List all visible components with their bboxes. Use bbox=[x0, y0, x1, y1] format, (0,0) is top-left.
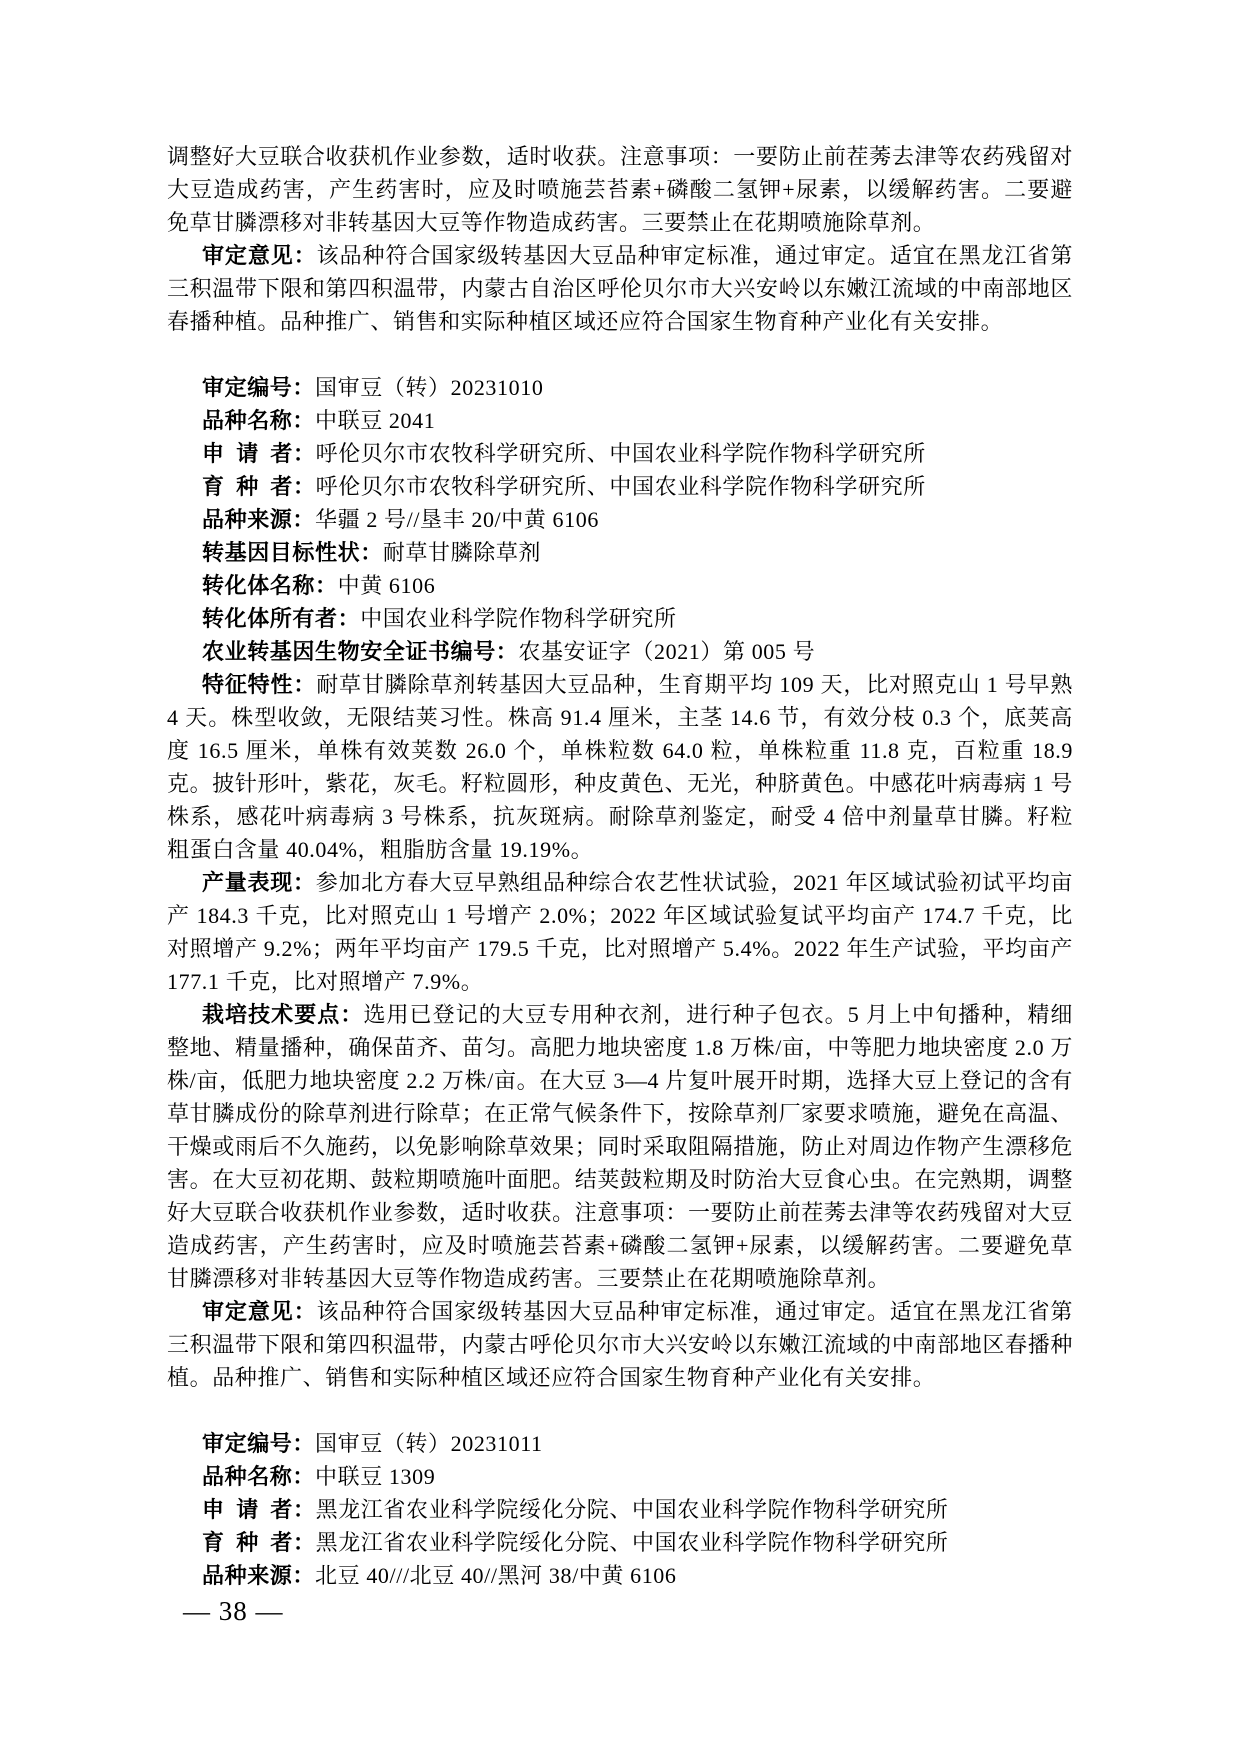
field-row: 品种名称：中联豆 1309 bbox=[167, 1460, 1073, 1493]
field-value: 黑龙江省农业科学院绥化分院、中国农业科学院作物科学研究所 bbox=[316, 1497, 949, 1522]
field-label: 转基因目标性状： bbox=[202, 540, 383, 565]
field-row: 育 种 者：呼伦贝尔市农牧科学研究所、中国农业科学院作物科学研究所 bbox=[167, 470, 1073, 503]
field-label: 育 种 者： bbox=[202, 474, 316, 499]
field-row: 申 请 者：呼伦贝尔市农牧科学研究所、中国农业科学院作物科学研究所 bbox=[167, 437, 1073, 470]
field-row: 审定编号：国审豆（转）20231011 bbox=[167, 1427, 1073, 1460]
field-label: 转化体所有者： bbox=[202, 606, 360, 631]
field-row: 转基因目标性状：耐草甘膦除草剂 bbox=[167, 536, 1073, 569]
field-label: 申 请 者： bbox=[202, 1497, 316, 1522]
approval-opinion-paragraph: 审定意见：该品种符合国家级转基因大豆品种审定标准，通过审定。适宜在黑龙江省第三积… bbox=[167, 1295, 1073, 1394]
cultivation-paragraph: 栽培技术要点：选用已登记的大豆专用种衣剂，进行种子包衣。5 月上中旬播种，精细整… bbox=[167, 998, 1073, 1295]
field-label: 育 种 者： bbox=[202, 1530, 316, 1555]
field-value: 呼伦贝尔市农牧科学研究所、中国农业科学院作物科学研究所 bbox=[316, 441, 926, 466]
field-row: 申 请 者：黑龙江省农业科学院绥化分院、中国农业科学院作物科学研究所 bbox=[167, 1493, 1073, 1526]
paragraph-label: 审定意见： bbox=[202, 1299, 317, 1324]
field-value: 耐草甘膦除草剂 bbox=[383, 540, 541, 565]
field-row: 农业转基因生物安全证书编号：农基安证字（2021）第 005 号 bbox=[167, 635, 1073, 668]
field-value: 中联豆 2041 bbox=[315, 408, 435, 433]
paragraph-label: 特征特性： bbox=[202, 672, 316, 697]
page-number: — 38 — bbox=[183, 1596, 284, 1627]
field-label: 转化体名称： bbox=[202, 573, 338, 598]
field-label: 审定编号： bbox=[202, 1431, 315, 1456]
paragraph-text: 选用已登记的大豆专用种衣剂，进行种子包衣。5 月上中旬播种，精细整地、精量播种，… bbox=[167, 1002, 1073, 1291]
field-label: 品种名称： bbox=[202, 408, 315, 433]
paragraph-label: 栽培技术要点： bbox=[202, 1002, 363, 1027]
field-row: 品种名称：中联豆 2041 bbox=[167, 404, 1073, 437]
field-value: 中黄 6106 bbox=[338, 573, 436, 598]
yield-paragraph: 产量表现：参加北方春大豆早熟组品种综合农艺性状试验，2021 年区域试验初试平均… bbox=[167, 866, 1073, 998]
field-label: 品种来源： bbox=[202, 507, 315, 532]
field-value: 农基安证字（2021）第 005 号 bbox=[518, 639, 815, 664]
document-body: 调整好大豆联合收获机作业参数，适时收获。注意事项：一要防止前茬莠去津等农药残留对… bbox=[167, 140, 1073, 1592]
characteristics-paragraph: 特征特性：耐草甘膦除草剂转基因大豆品种，生育期平均 109 天，比对照克山 1 … bbox=[167, 668, 1073, 866]
field-value: 华疆 2 号//垦丰 20/中黄 6106 bbox=[315, 507, 599, 532]
field-label: 品种名称： bbox=[202, 1464, 315, 1489]
paragraph-label: 审定意见： bbox=[202, 243, 317, 268]
field-label: 申 请 者： bbox=[202, 441, 316, 466]
field-row: 品种来源：北豆 40///北豆 40//黑河 38/中黄 6106 bbox=[167, 1559, 1073, 1592]
field-value: 国审豆（转）20231010 bbox=[315, 375, 543, 400]
field-row: 转化体名称：中黄 6106 bbox=[167, 569, 1073, 602]
paragraph-text: 调整好大豆联合收获机作业参数，适时收获。注意事项：一要防止前茬莠去津等农药残留对… bbox=[167, 144, 1073, 235]
field-value: 中国农业科学院作物科学研究所 bbox=[360, 606, 676, 631]
continued-cultivation-paragraph: 调整好大豆联合收获机作业参数，适时收获。注意事项：一要防止前茬莠去津等农药残留对… bbox=[167, 140, 1073, 239]
field-row: 转化体所有者：中国农业科学院作物科学研究所 bbox=[167, 602, 1073, 635]
field-row: 品种来源：华疆 2 号//垦丰 20/中黄 6106 bbox=[167, 503, 1073, 536]
paragraph-label: 产量表现： bbox=[202, 870, 316, 895]
field-value: 北豆 40///北豆 40//黑河 38/中黄 6106 bbox=[315, 1563, 676, 1588]
field-label: 农业转基因生物安全证书编号： bbox=[202, 639, 518, 664]
field-value: 呼伦贝尔市农牧科学研究所、中国农业科学院作物科学研究所 bbox=[316, 474, 926, 499]
section-gap bbox=[167, 1394, 1073, 1427]
section-gap bbox=[167, 338, 1073, 371]
field-row: 育 种 者：黑龙江省农业科学院绥化分院、中国农业科学院作物科学研究所 bbox=[167, 1526, 1073, 1559]
field-value: 中联豆 1309 bbox=[315, 1464, 435, 1489]
approval-opinion-paragraph-prev: 审定意见：该品种符合国家级转基因大豆品种审定标准，通过审定。适宜在黑龙江省第三积… bbox=[167, 239, 1073, 338]
field-label: 审定编号： bbox=[202, 375, 315, 400]
paragraph-text: 耐草甘膦除草剂转基因大豆品种，生育期平均 109 天，比对照克山 1 号早熟 4… bbox=[167, 672, 1073, 862]
field-row: 审定编号：国审豆（转）20231010 bbox=[167, 371, 1073, 404]
field-value: 国审豆（转）20231011 bbox=[315, 1431, 543, 1456]
document-page: 调整好大豆联合收获机作业参数，适时收获。注意事项：一要防止前茬莠去津等农药残留对… bbox=[0, 0, 1240, 1754]
field-value: 黑龙江省农业科学院绥化分院、中国农业科学院作物科学研究所 bbox=[316, 1530, 949, 1555]
field-label: 品种来源： bbox=[202, 1563, 315, 1588]
